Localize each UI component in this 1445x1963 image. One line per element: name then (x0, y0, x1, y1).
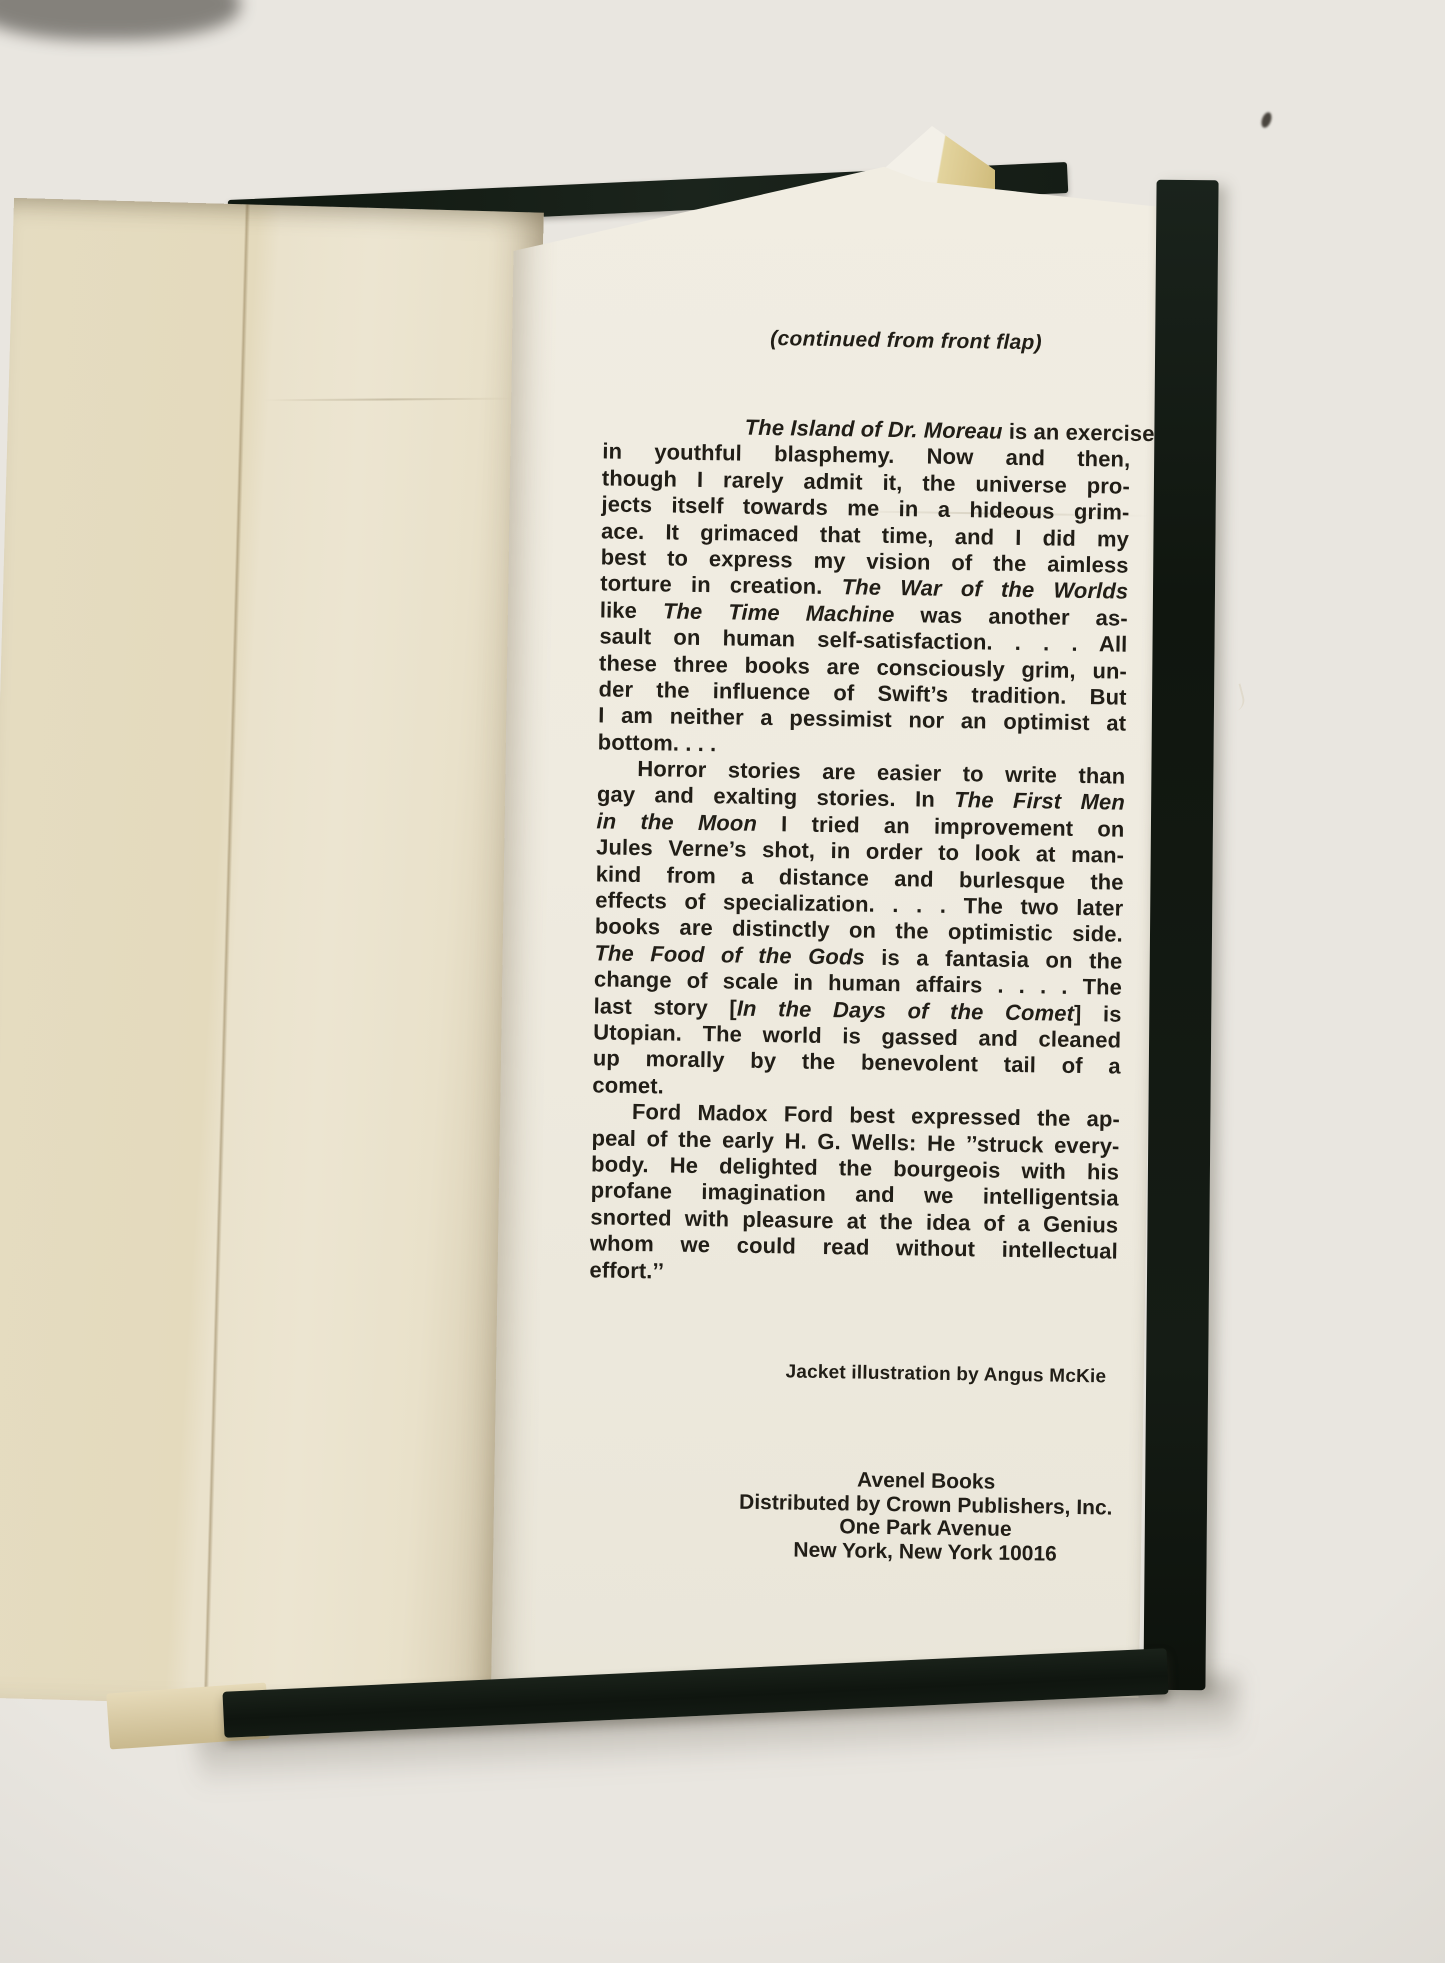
flap-body-text: The Island of Dr. Moreau is an exercisei… (589, 412, 1131, 1291)
dust-jacket-back-flap: (continued from front flap) The Island o… (491, 143, 1163, 1698)
jacket-credit: Jacket illustration by Angus McKie (746, 1361, 1146, 1389)
continued-note: (continued from front flap) (756, 327, 1056, 356)
publisher-block: Avenel BooksDistributed by Crown Publish… (675, 1466, 1176, 1568)
open-book: (continued from front flap) The Island o… (48, 140, 1233, 1820)
page-crease-line (264, 398, 514, 402)
photo-scene: (continued from front flap) The Island o… (0, 0, 1445, 1963)
background-speck (1260, 111, 1274, 129)
cover-scratch-mark (1221, 683, 1247, 713)
left-endpaper-page (0, 198, 544, 1712)
background-blur-object (0, 0, 240, 40)
book-cover-right-edge (1143, 180, 1218, 1690)
